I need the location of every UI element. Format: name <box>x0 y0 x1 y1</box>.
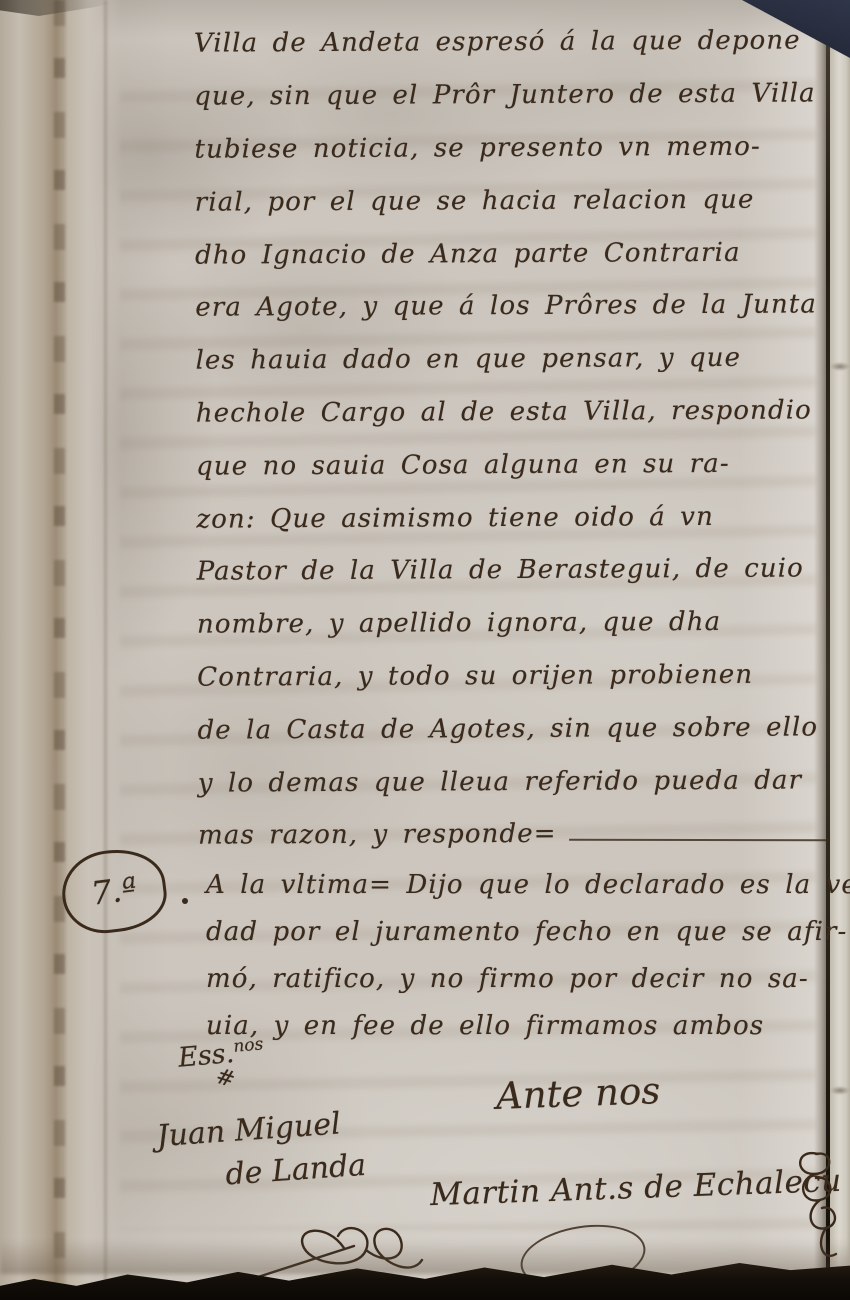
body-text: Villa de Andeta espresó á la que depone … <box>194 14 828 862</box>
manuscript-line: mas razon, y responde= <box>198 806 828 862</box>
manuscript-line: nombre, y apellido ignora, que dha <box>197 595 827 651</box>
manuscript-line: zon: Que asimismo tiene oido á vn <box>196 490 826 546</box>
manuscript-line: mó, ratifico, y no firmo por decir no sa… <box>206 955 826 1002</box>
manuscript-line: que, sin que el Prôr Juntero de esta Vil… <box>194 67 824 123</box>
left-fold-line <box>104 0 107 1300</box>
margin-dot <box>182 898 188 904</box>
line-text: hechole Cargo al de esta Villa, respondi… <box>196 395 812 428</box>
page-edge-notch <box>830 362 850 371</box>
manuscript-line: Villa de Andeta espresó á la que depone <box>194 14 824 70</box>
question-number-text: 7.ª <box>89 869 139 912</box>
binding-ridge <box>54 0 65 1300</box>
attestation: Ante nos <box>495 1069 661 1118</box>
line-text: y lo demas que lleua referido pueda dar <box>198 765 802 798</box>
manuscript-line: dho Ignacio de Anza parte Contraria <box>195 226 825 282</box>
manuscript-line: que no sauia Cosa alguna en su ra- <box>196 437 826 493</box>
abbr-superscript: nos <box>233 1034 265 1057</box>
line-text: nombre, y apellido ignora, que dha <box>197 607 721 640</box>
manuscript-line: era Agote, y que á los Prôres de la Junt… <box>195 278 825 334</box>
line-text: A la vltima= Dijo que lo declarado es la… <box>206 870 850 900</box>
line-text: les hauia dado en que pensar, y que <box>196 343 742 376</box>
manuscript-line: les hauia dado en que pensar, y que <box>195 331 825 387</box>
manuscript-line: tubiese noticia, se presento vn memo- <box>194 120 824 176</box>
closing-dash-line <box>569 839 829 841</box>
manuscript-line: uia, y en fee de ello firmamos ambos <box>206 1002 826 1049</box>
line-text: rial, por el que se hacia relacion que <box>195 185 755 218</box>
manuscript-line: Pastor de la Villa de Berastegui, de cui… <box>197 542 827 598</box>
line-text: zon: Que asimismo tiene oido á vn <box>196 502 714 535</box>
line-text: tubiese noticia, se presento vn memo- <box>194 132 761 165</box>
manuscript-line: rial, por el que se hacia relacion que <box>195 173 825 229</box>
line-text: Pastor de la Villa de Berastegui, de cui… <box>197 554 804 587</box>
line-text: que no sauia Cosa alguna en su ra- <box>196 449 730 482</box>
line-text: de la Casta de Agotes, sin que sobre ell… <box>197 712 818 745</box>
line-text: Contraria, y todo su orijen probienen <box>197 660 753 693</box>
answer-text: A la vltima= Dijo que lo declarado es la… <box>206 861 826 1049</box>
manuscript-line: A la vltima= Dijo que lo declarado es la… <box>206 861 826 908</box>
line-text: mó, ratifico, y no firmo por decir no sa… <box>206 964 809 994</box>
signature-juan-miguel: Juan Miguel de Landa <box>156 1105 368 1197</box>
line-text: era Agote, y que á los Prôres de la Junt… <box>195 290 817 323</box>
next-page-edge <box>830 0 850 1300</box>
line-text: mas razon, y responde= <box>198 819 557 851</box>
line-text: dad por el juramento fecho en que se afi… <box>206 917 847 947</box>
line-text: uia, y en fee de ello firmamos ambos <box>206 1011 764 1041</box>
left-torn-edge <box>0 0 122 1300</box>
manuscript-line: y lo demas que lleua referido pueda dar <box>198 754 828 810</box>
manuscript-line: Contraria, y todo su orijen probienen <box>197 648 827 704</box>
line-text: dho Ignacio de Anza parte Contraria <box>195 237 741 270</box>
page-edge-notch <box>830 1086 850 1095</box>
line-text: que, sin que el Prôr Juntero de esta Vil… <box>194 79 816 112</box>
manuscript-photo: Villa de Andeta espresó á la que depone … <box>0 0 850 1300</box>
manuscript-line: dad por el juramento fecho en que se afi… <box>206 908 826 955</box>
manuscript-line: de la Casta de Agotes, sin que sobre ell… <box>197 701 827 757</box>
manuscript-line: hechole Cargo al de esta Villa, respondi… <box>196 384 826 440</box>
line-text: Villa de Andeta espresó á la que depone <box>194 26 801 59</box>
